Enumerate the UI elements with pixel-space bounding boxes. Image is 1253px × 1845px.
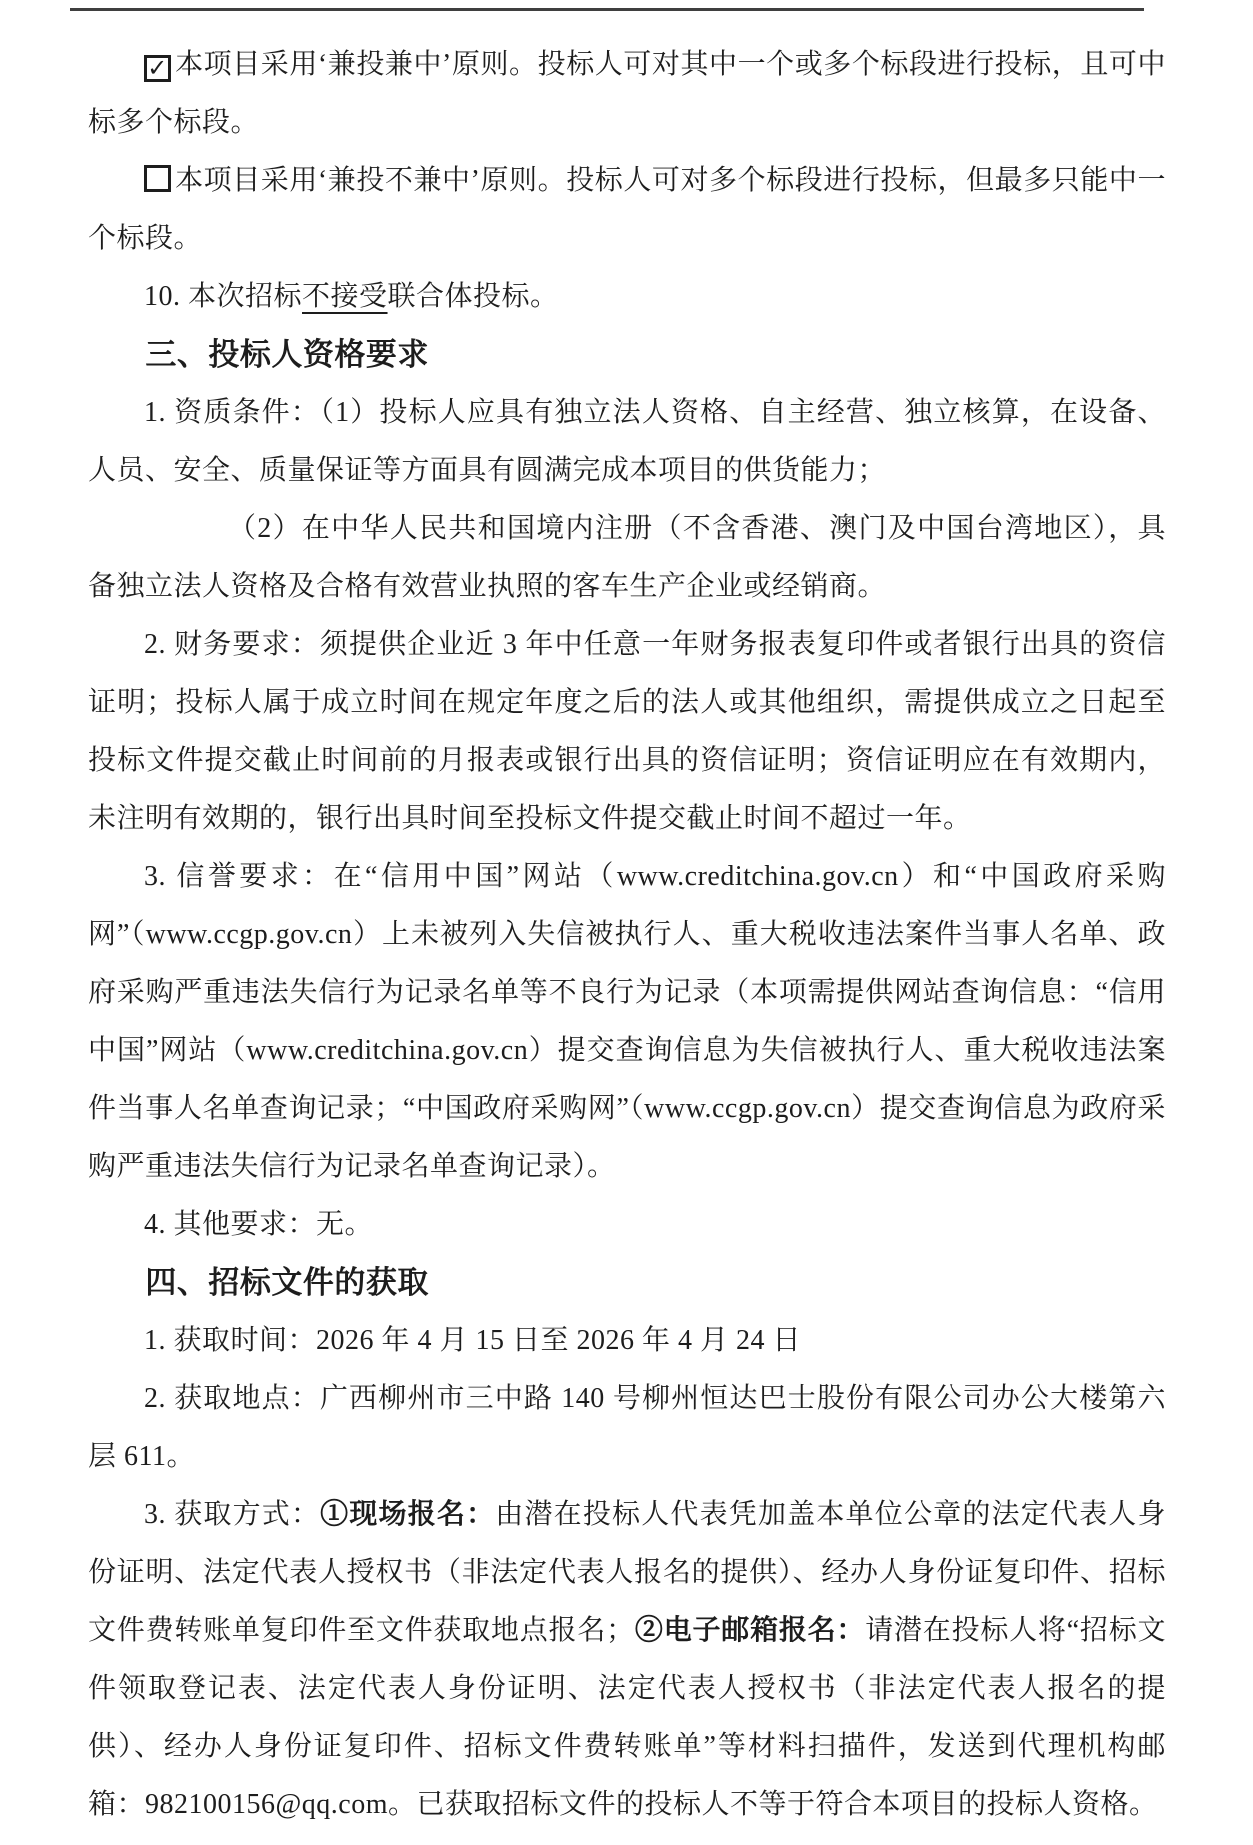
para-joint-bid-single-win-text: 本项目采用‘兼投不兼中’原则。投标人可对多个标段进行投标，但最多只能中一个标段。 (88, 165, 1166, 254)
email-registration-label: ②电子邮箱报名： (635, 1615, 866, 1646)
para-obtain-time: 1. 获取时间：2026 年 4 月 15 日至 2026 年 4 月 24 日 (88, 1312, 1166, 1370)
para-joint-bid-joint-win-text: 本项目采用‘兼投兼中’原则。投标人可对其中一个或多个标段进行投标，且可中标多个标… (88, 49, 1166, 138)
para-no-consortium-pre: 10. 本次招标 (144, 281, 302, 312)
para-joint-bid-single-win: 本项目采用‘兼投不兼中’原则。投标人可对多个标段进行投标，但最多只能中一个标段。 (88, 152, 1166, 268)
obtain-method-closing-text: 。已获取招标文件的投标人不等于符合本项目的投标人资格。 (388, 1789, 1158, 1820)
onsite-registration-label: ①现场报名： (320, 1499, 495, 1530)
check-mark-icon: ✓ (147, 58, 168, 78)
para-no-consortium-underlined: 不接受 (302, 281, 388, 312)
agency-email-text: 982100156@qq.com (145, 1789, 388, 1820)
scanned-tender-document-page: ✓本项目采用‘兼投兼中’原则。投标人可对其中一个或多个标段进行投标，且可中标多个… (0, 0, 1253, 1845)
checkbox-unchecked-icon (144, 165, 171, 192)
para-other-requirement: 4. 其他要求：无。 (88, 1196, 1166, 1254)
para-obtain-method: 3. 获取方式：①现场报名：由潜在投标人代表凭加盖本单位公章的法定代表人身份证明… (88, 1486, 1166, 1834)
para-joint-bid-joint-win: ✓本项目采用‘兼投兼中’原则。投标人可对其中一个或多个标段进行投标，且可中标多个… (88, 36, 1166, 152)
heading-bidder-qualification: 三、投标人资格要求 (88, 326, 1166, 384)
document-body: ✓本项目采用‘兼投兼中’原则。投标人可对其中一个或多个标段进行投标，且可中标多个… (88, 36, 1166, 1834)
checkbox-checked-icon: ✓ (144, 55, 171, 82)
para-qualification-2: （2）在中华人民共和国境内注册（不含香港、澳门及中国台湾地区），具备独立法人资格… (88, 500, 1166, 616)
para-finance-requirement: 2. 财务要求：须提供企业近 3 年中任意一年财务报表复印件或者银行出具的资信证… (88, 616, 1166, 848)
page-header-rule (70, 8, 1144, 11)
para-qualification-1: 1. 资质条件：（1）投标人应具有独立法人资格、自主经营、独立核算，在设备、人员… (88, 384, 1166, 500)
obtain-method-label: 3. 获取方式： (144, 1499, 320, 1530)
para-credit-requirement: 3. 信誉要求：在“信用中国”网站（www.creditchina.gov.cn… (88, 848, 1166, 1196)
para-no-consortium-post: 联合体投标。 (388, 281, 559, 312)
heading-obtain-documents: 四、招标文件的获取 (88, 1254, 1166, 1312)
para-no-consortium: 10. 本次招标不接受联合体投标。 (88, 268, 1166, 326)
para-obtain-place: 2. 获取地点：广西柳州市三中路 140 号柳州恒达巴士股份有限公司办公大楼第六… (88, 1370, 1166, 1486)
